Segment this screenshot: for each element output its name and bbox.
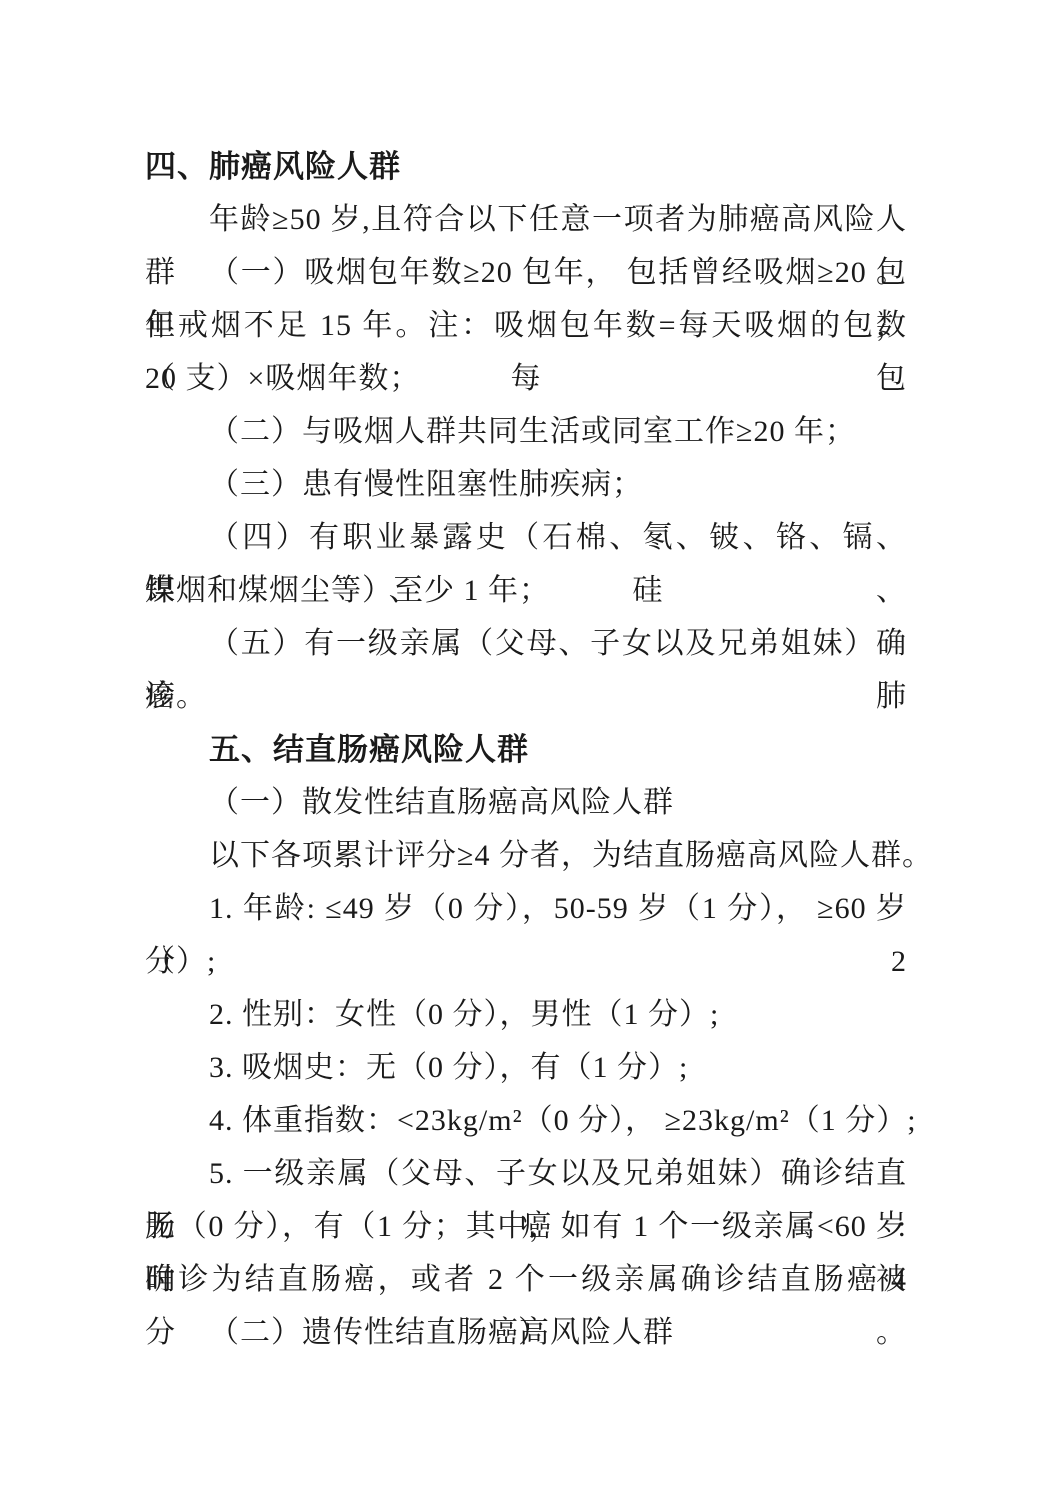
text-line: 1. 年龄: ≤49 岁（0 分），50-59 岁（1 分）， ≥60 岁（2	[145, 882, 907, 935]
text-line: （一）散发性结直肠癌高风险人群	[145, 776, 907, 829]
text-line: 年龄≥50 岁,且符合以下任意一项者为肺癌高风险人群。	[145, 193, 907, 246]
text-line: （四）有职业暴露史（石棉、氡、铍、铬、镉、镍、硅、	[145, 511, 907, 564]
document-page: 四、肺癌风险人群 年龄≥50 岁,且符合以下任意一项者为肺癌高风险人群。 （一）…	[0, 0, 1050, 1485]
document-body: 四、肺癌风险人群 年龄≥50 岁,且符合以下任意一项者为肺癌高风险人群。 （一）…	[145, 140, 907, 1359]
text-line: （一）吸烟包年数≥20 包年， 包括曾经吸烟≥20 包年，	[145, 246, 907, 299]
text-line: 无（0 分），有（1 分；其中，如有 1 个一级亲属<60 岁时被	[145, 1200, 907, 1253]
text-line: （三）患有慢性阻塞性肺疾病；	[145, 458, 907, 511]
text-line: （五）有一级亲属（父母、子女以及兄弟姐妹）确诊肺	[145, 617, 907, 670]
text-line: 确诊为结直肠癌，或者 2 个一级亲属确诊结直肠癌 4 分）。	[145, 1253, 907, 1306]
text-line: 4. 体重指数：<23kg/m²（0 分）， ≥23kg/m²（1 分）;	[145, 1094, 907, 1147]
section5-heading: 五、结直肠癌风险人群	[145, 723, 907, 776]
text-line: 以下各项累计评分≥4 分者，为结直肠癌高风险人群。	[145, 829, 907, 882]
text-line: 2. 性别：女性（0 分），男性（1 分）;	[145, 988, 907, 1041]
text-line: 但戒烟不足 15 年。注：吸烟包年数=每天吸烟的包数（每包	[145, 299, 907, 352]
text-line: 5. 一级亲属（父母、子女以及兄弟姐妹）确诊结直肠癌:	[145, 1147, 907, 1200]
text-line: （二）与吸烟人群共同生活或同室工作≥20 年；	[145, 405, 907, 458]
text-line: 3. 吸烟史：无（0 分），有（1 分）;	[145, 1041, 907, 1094]
section4-heading: 四、肺癌风险人群	[145, 140, 907, 193]
